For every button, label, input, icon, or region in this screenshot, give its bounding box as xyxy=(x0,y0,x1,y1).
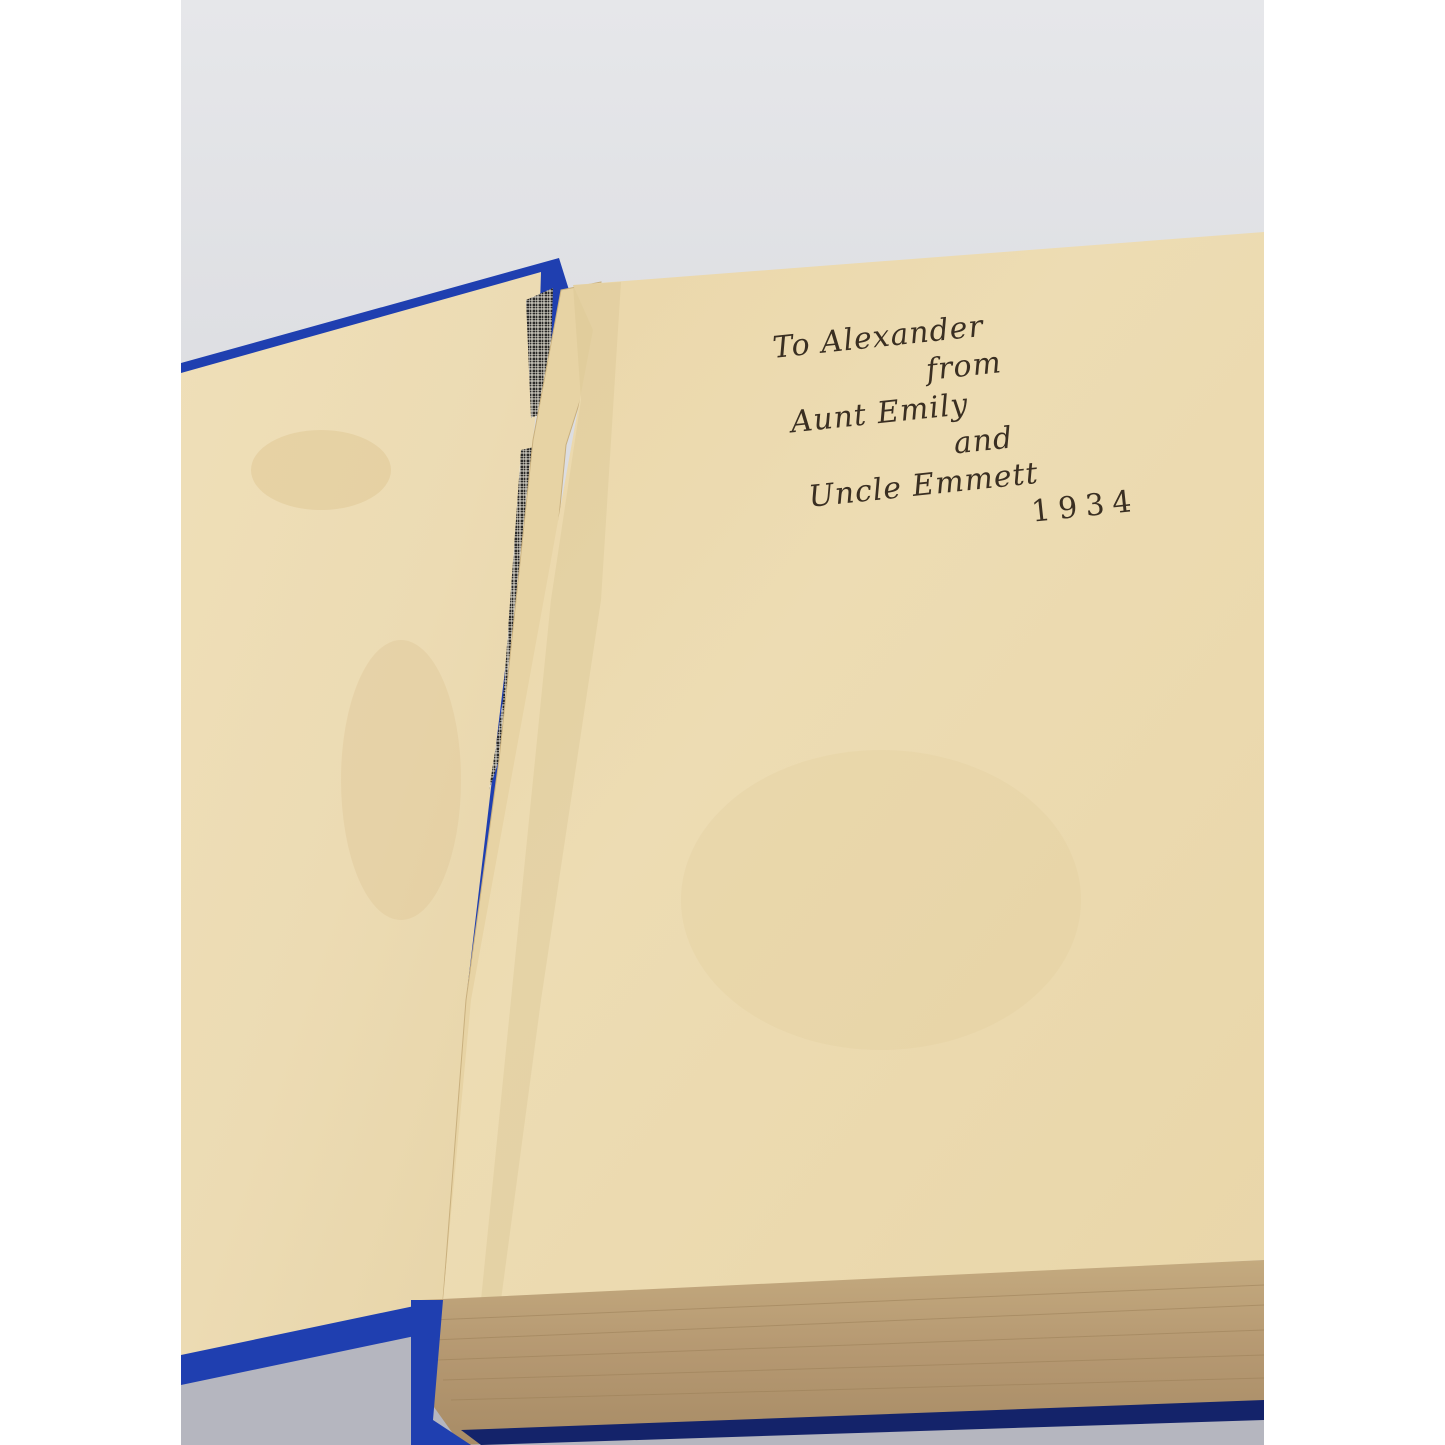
handwritten-inscription: To Alexander from Aunt Emily and Uncle E… xyxy=(771,286,1213,557)
book-illustration xyxy=(181,0,1264,1445)
book-photo: To Alexander from Aunt Emily and Uncle E… xyxy=(181,0,1264,1445)
